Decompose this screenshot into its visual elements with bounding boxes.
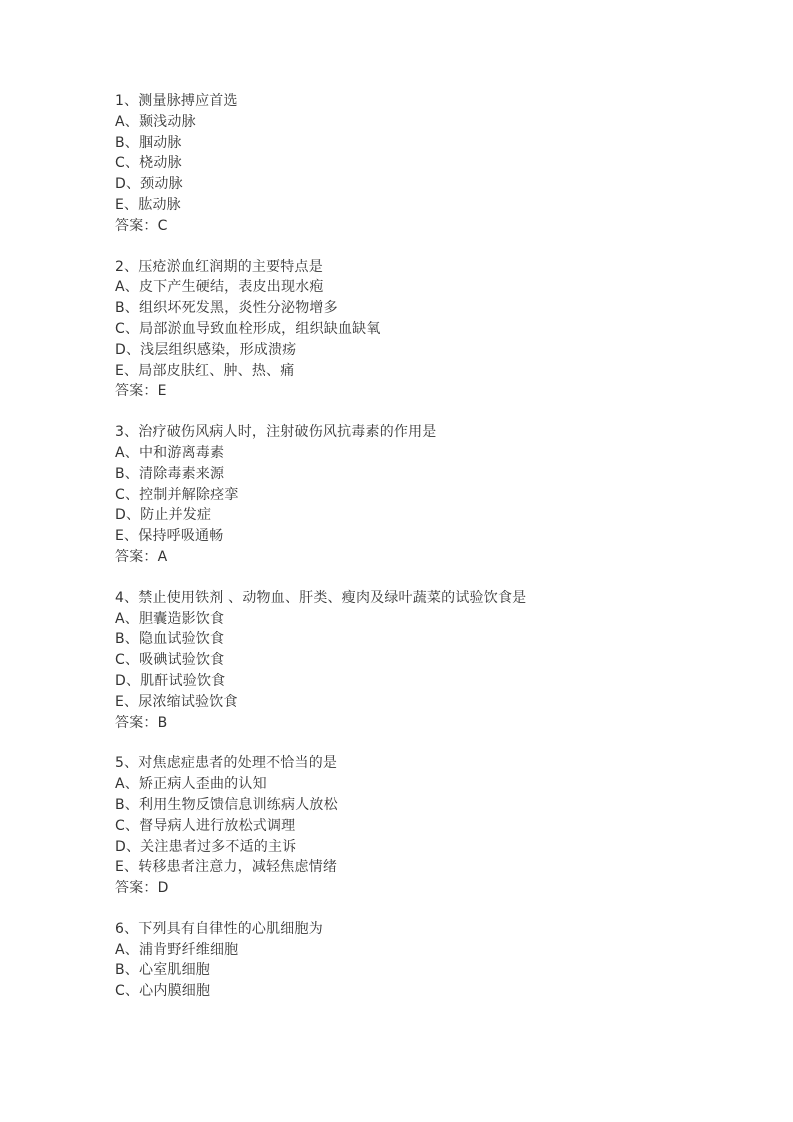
option-line: D、防止并发症: [115, 505, 675, 526]
option-line: A、中和游离毒素: [115, 443, 675, 464]
option-line: A、矫正病人歪曲的认知: [115, 774, 675, 795]
question-block: 4、禁止使用铁剂 、动物血、肝类、瘦肉及绿叶蔬菜的试验饮食是 A、胆囊造影饮食B…: [115, 588, 675, 734]
option-line: D、颈动脉: [115, 174, 675, 195]
question-stem: 1、测量脉搏应首选: [115, 91, 675, 112]
option-line: E、保持呼吸通畅: [115, 526, 675, 547]
option-line: C、心内膜细胞: [115, 981, 675, 1002]
question-options: A、浦肯野纤维细胞B、心室肌细胞C、心内膜细胞: [115, 940, 675, 1002]
question-options: A、中和游离毒素B、清除毒素来源C、控制并解除痉挛D、防止并发症E、保持呼吸通畅: [115, 443, 675, 547]
option-line: A、浦肯野纤维细胞: [115, 940, 675, 961]
answer-line: 答案：A: [115, 547, 675, 568]
option-line: E、局部皮肤红、肿、热、痛: [115, 361, 675, 382]
question-options: A、颞浅动脉B、腘动脉C、桡动脉D、颈动脉E、肱动脉: [115, 112, 675, 216]
question-stem: 6、下列具有自律性的心肌细胞为: [115, 919, 675, 940]
option-line: B、腘动脉: [115, 133, 675, 154]
question-block: 1、测量脉搏应首选 A、颞浅动脉B、腘动脉C、桡动脉D、颈动脉E、肱动脉 答案：…: [115, 91, 675, 237]
option-line: B、组织坏死发黑，炎性分泌物增多: [115, 298, 675, 319]
question-block: 6、下列具有自律性的心肌细胞为 A、浦肯野纤维细胞B、心室肌细胞C、心内膜细胞: [115, 919, 675, 1002]
question-block: 2、压疮淤血红润期的主要特点是 A、皮下产生硬结，表皮出现水疱B、组织坏死发黑，…: [115, 257, 675, 403]
question-options: A、胆囊造影饮食B、隐血试验饮食C、吸碘试验饮食D、肌酐试验饮食E、尿浓缩试验饮…: [115, 609, 675, 713]
question-options: A、皮下产生硬结，表皮出现水疱B、组织坏死发黑，炎性分泌物增多C、局部淤血导致血…: [115, 277, 675, 381]
option-line: B、清除毒素来源: [115, 464, 675, 485]
option-line: C、桡动脉: [115, 153, 675, 174]
option-line: C、督导病人进行放松式调理: [115, 816, 675, 837]
document-page: 1、测量脉搏应首选 A、颞浅动脉B、腘动脉C、桡动脉D、颈动脉E、肱动脉 答案：…: [115, 91, 675, 1022]
option-line: C、局部淤血导致血栓形成，组织缺血缺氧: [115, 319, 675, 340]
option-line: E、肱动脉: [115, 195, 675, 216]
option-line: B、利用生物反馈信息训练病人放松: [115, 795, 675, 816]
option-line: A、胆囊造影饮食: [115, 609, 675, 630]
question-block: 5、对焦虑症患者的处理不恰当的是 A、矫正病人歪曲的认知B、利用生物反馈信息训练…: [115, 753, 675, 899]
option-line: C、吸碘试验饮食: [115, 650, 675, 671]
question-block: 3、治疗破伤风病人时，注射破伤风抗毒素的作用是 A、中和游离毒素B、清除毒素来源…: [115, 422, 675, 568]
option-line: E、尿浓缩试验饮食: [115, 692, 675, 713]
question-stem: 4、禁止使用铁剂 、动物血、肝类、瘦肉及绿叶蔬菜的试验饮食是: [115, 588, 675, 609]
answer-line: 答案：E: [115, 381, 675, 402]
option-line: D、肌酐试验饮食: [115, 671, 675, 692]
option-line: B、隐血试验饮食: [115, 629, 675, 650]
option-line: B、心室肌细胞: [115, 960, 675, 981]
option-line: D、关注患者过多不适的主诉: [115, 837, 675, 858]
option-line: E、转移患者注意力，减轻焦虑情绪: [115, 857, 675, 878]
answer-line: 答案：C: [115, 216, 675, 237]
option-line: A、颞浅动脉: [115, 112, 675, 133]
option-line: D、浅层组织感染，形成溃疡: [115, 340, 675, 361]
option-line: C、控制并解除痉挛: [115, 485, 675, 506]
question-stem: 5、对焦虑症患者的处理不恰当的是: [115, 753, 675, 774]
question-stem: 3、治疗破伤风病人时，注射破伤风抗毒素的作用是: [115, 422, 675, 443]
option-line: A、皮下产生硬结，表皮出现水疱: [115, 277, 675, 298]
question-options: A、矫正病人歪曲的认知B、利用生物反馈信息训练病人放松C、督导病人进行放松式调理…: [115, 774, 675, 878]
answer-line: 答案：D: [115, 878, 675, 899]
question-stem: 2、压疮淤血红润期的主要特点是: [115, 257, 675, 278]
answer-line: 答案：B: [115, 713, 675, 734]
